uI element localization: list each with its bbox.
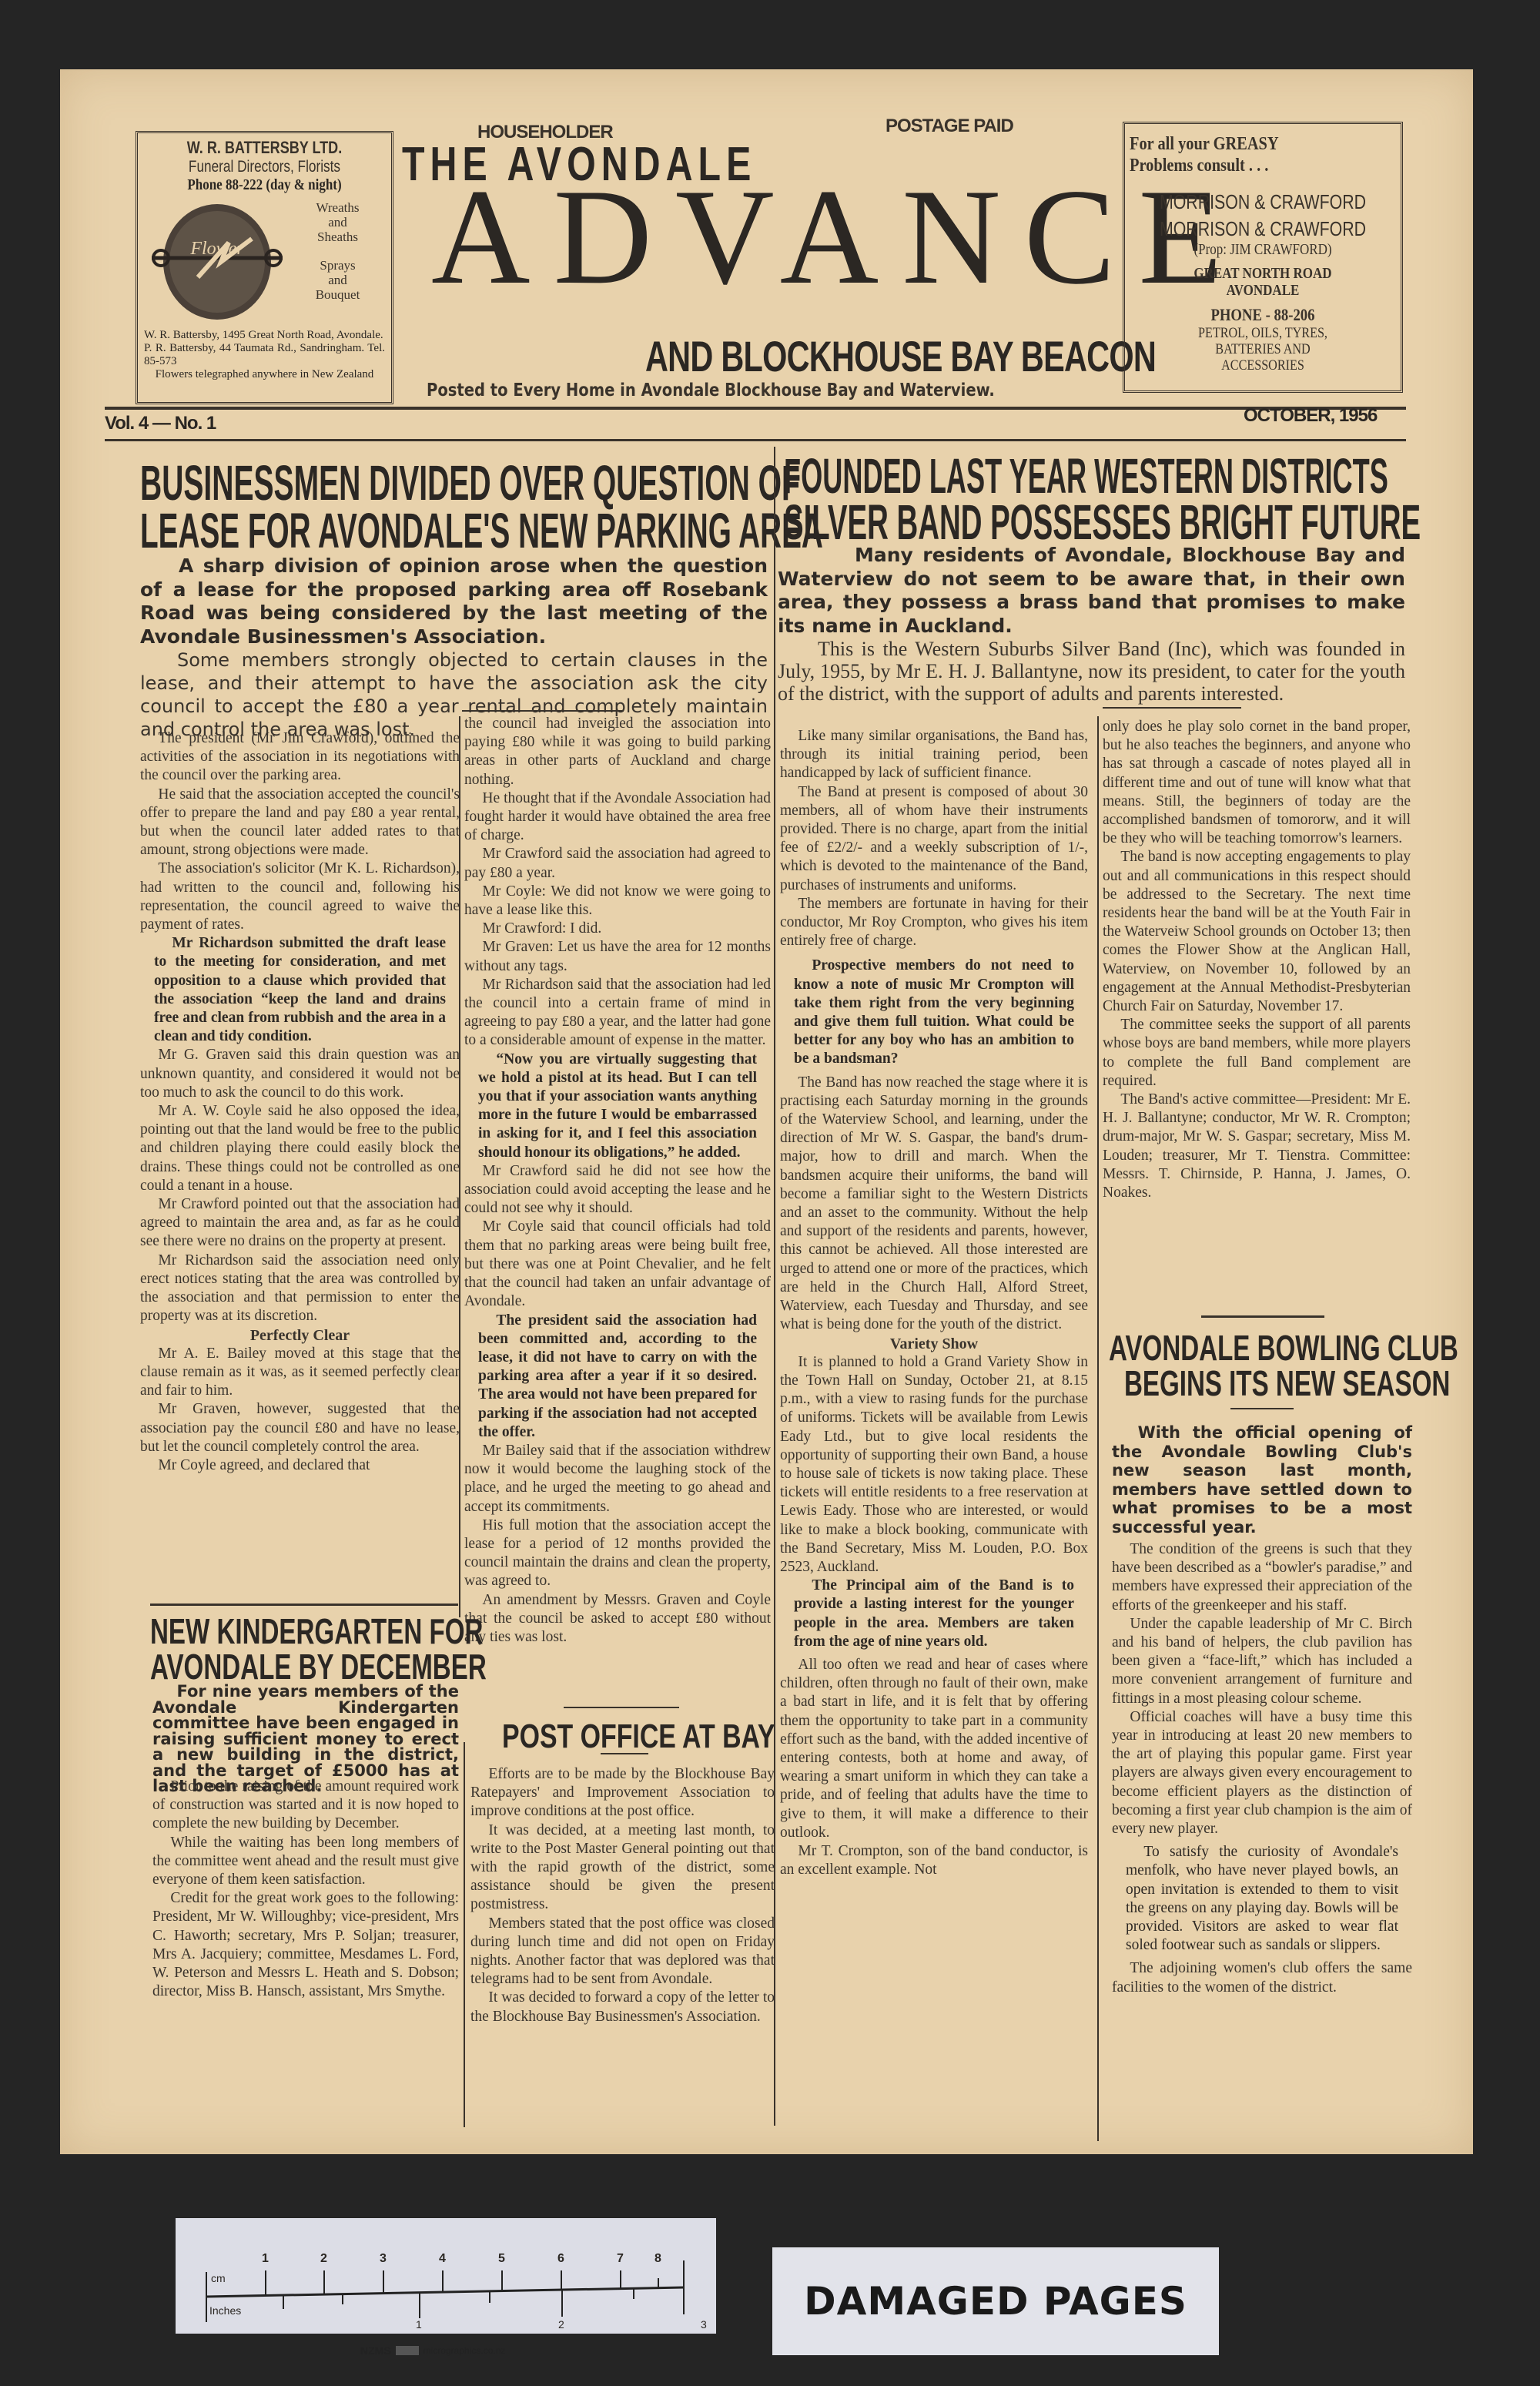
kindergarten-body: Prior to the raising of the amount requi…: [152, 1778, 459, 2001]
ad-item: Wreaths: [290, 200, 385, 215]
parking-column-2: the council had inveigled the associatio…: [464, 715, 771, 1647]
short-rule: [462, 710, 624, 712]
subheading: Variety Show: [780, 1335, 1088, 1353]
paragraph: The condition of the greens is such that…: [1112, 1540, 1412, 1615]
issue-date: OCTOBER, 1956: [1244, 405, 1377, 427]
paragraph: Mr Richardson said the association need …: [140, 1252, 460, 1326]
paragraph: the council had inveigled the associatio…: [464, 715, 771, 789]
ruler-inch-label: Inches: [209, 2304, 241, 2317]
paragraph: The band is now accepting engagements to…: [1103, 848, 1411, 1016]
paragraph: The committee seeks the support of all p…: [1103, 1016, 1411, 1091]
ruler-tick-label: 2: [558, 2318, 564, 2331]
paragraph: Like many similar organisations, the Ban…: [780, 727, 1088, 783]
short-rule: [1103, 707, 1241, 709]
damaged-pages-label: DAMAGED PAGES: [772, 2247, 1219, 2355]
morrison-crawford-advertisement: For all your GREASY Problems consult . .…: [1123, 122, 1403, 393]
column-divider: [464, 1742, 465, 2127]
paragraph: Mr Coyle: We did not know we were going …: [464, 883, 771, 920]
band-column-2: only does he play solo cornet in the ban…: [1103, 718, 1411, 1202]
brand-site: micrographics.co.nz: [423, 2345, 506, 2356]
paragraph: He thought that if the Avondale Associat…: [464, 789, 771, 846]
paragraph: It is planned to hold a Grand Variety Sh…: [780, 1353, 1088, 1577]
ad-goods: ACCESSORIES: [1150, 357, 1376, 374]
ad-company-name: W. R. BATTERSBY LTD.: [166, 138, 363, 158]
battersby-advertisement: W. R. BATTERSBY LTD. Funeral Directors, …: [136, 131, 393, 404]
band-dek: Many residents of Avondale, Blockhouse B…: [778, 544, 1405, 638]
band-headline-2: SILVER BAND POSSESSES BRIGHT FUTURE: [784, 497, 1421, 548]
paragraph: The president (Mr Jim Crawford), outline…: [140, 729, 460, 786]
bowling-headline-2: BEGINS ITS NEW SEASON: [1124, 1365, 1450, 1402]
kindergarten-headline-2: AVONDALE BY DECEMBER: [150, 1648, 487, 1685]
volume-number: Vol. 4 — No. 1: [105, 413, 216, 434]
section-rule: [150, 1604, 458, 1606]
ad-goods: PETROL, OILS, TYRES,: [1150, 325, 1376, 341]
short-rule: [1201, 1315, 1324, 1318]
ad-phone: PHONE - 88-206: [1150, 305, 1376, 325]
ad-intro-2: Problems consult . . .: [1130, 155, 1356, 176]
ruler-tick-label: 2: [320, 2252, 327, 2266]
interflora-globe-icon: Flower: [144, 200, 290, 327]
paragraph: Mr Richardson said that the association …: [464, 976, 771, 1051]
column-divider: [774, 447, 775, 2126]
ad-item: Bouquet: [290, 287, 385, 302]
ad-business-name: MORRISON & CRAWFORD: [1153, 190, 1372, 214]
paragraph: Mr G. Graven said this drain question wa…: [140, 1046, 460, 1102]
ad-phone: Phone 88-222 (day & night): [162, 176, 367, 194]
postage-paid-label: POSTAGE PAID: [885, 116, 1013, 137]
ad-services: Funeral Directors, Florists: [166, 158, 363, 176]
paragraph: Mr A. W. Coyle said he also opposed the …: [140, 1102, 460, 1195]
ruler-scale-icon: [176, 2218, 716, 2334]
paragraph: Mr A. E. Bailey moved at this stage that…: [140, 1345, 460, 1401]
masthead-rule: [105, 407, 1406, 410]
bold-paragraph: Prospective members do not need to know …: [780, 957, 1088, 1068]
ruler-tick-label: 3: [701, 2318, 707, 2331]
paragraph: Mr Crawford: I did.: [464, 920, 771, 938]
band-column-1: Like many similar organisations, the Ban…: [780, 727, 1088, 1879]
ruler-tick-label: 7: [617, 2252, 624, 2266]
ad-address-2: P. R. Battersby, 44 Taumata Rd., Sandrin…: [144, 342, 385, 368]
parking-column-1: The president (Mr Jim Crawford), outline…: [140, 729, 460, 1475]
paragraph: The members are fortunate in having for …: [780, 895, 1088, 951]
kindergarten-headline-1: NEW KINDERGARTEN FOR: [150, 1613, 483, 1650]
band-lead: This is the Western Suburbs Silver Band …: [778, 638, 1405, 705]
masthead-subtitle: AND BLOCKHOUSE BAY BEACON: [645, 331, 1156, 381]
ruler-brand: NZMS micrographics.co.nz: [360, 2344, 505, 2357]
masthead-tagline: Posted to Every Home in Avondale Blockho…: [427, 380, 995, 400]
paragraph: The Band at present is composed of about…: [780, 783, 1088, 895]
column-divider: [1097, 716, 1099, 2141]
ad-proprietor: (Prop: JIM CRAWFORD): [1150, 241, 1376, 259]
post-office-headline: POST OFFICE AT BAY: [502, 1719, 775, 1754]
ruler-cm-label: cm: [211, 2272, 226, 2284]
brand-logo-icon: [396, 2346, 419, 2355]
ad-item: and: [290, 273, 385, 287]
paragraph: Members stated that the post office was …: [470, 1915, 775, 1989]
paragraph: Under the capable leadership of Mr C. Bi…: [1112, 1615, 1412, 1708]
ad-footer: Flowers telegraphed anywhere in New Zeal…: [144, 368, 385, 381]
ruler-tick-label: 4: [439, 2252, 446, 2266]
paragraph: Mr Coyle said that council officials had…: [464, 1218, 771, 1311]
ruler-tick-label: 6: [557, 2252, 564, 2266]
parking-dek: A sharp division of opinion arose when t…: [140, 555, 768, 648]
paragraph: Official coaches will have a busy time t…: [1112, 1708, 1412, 1838]
bold-paragraph: The president said the association had b…: [464, 1312, 771, 1442]
ruler-tick-label: 1: [416, 2318, 422, 2331]
post-office-body: Efforts are to be made by the Blockhouse…: [470, 1765, 775, 2026]
paragraph: He said that the association accepted th…: [140, 786, 460, 860]
ad-item: and: [290, 215, 385, 230]
paragraph: The Band's active committee—President: M…: [1103, 1091, 1411, 1202]
bowling-dek: With the official opening of the Avondal…: [1112, 1423, 1412, 1536]
paragraph: It was decided, at a meeting last month,…: [470, 1821, 775, 1915]
parking-headline-1: BUSINESSMEN DIVIDED OVER QUESTION OF: [140, 457, 800, 509]
bold-paragraph: To satisfy the curiosity of Avondale's m…: [1112, 1843, 1412, 1955]
short-rule: [1230, 1408, 1294, 1409]
paragraph: It was decided to forward a copy of the …: [470, 1989, 775, 2026]
paragraph: The adjoining women's club offers the sa…: [1112, 1959, 1412, 1996]
ruler-tick-label: 8: [654, 2252, 661, 2266]
paragraph: Mr Crawford said he did not see how the …: [464, 1162, 771, 1218]
paragraph: The association's solicitor (Mr K. L. Ri…: [140, 860, 460, 934]
bowling-headline-1: AVONDALE BOWLING CLUB: [1109, 1329, 1458, 1366]
paragraph: An amendment by Messrs. Graven and Coyle…: [464, 1591, 771, 1647]
paragraph: Mr Graven: Let us have the area for 12 m…: [464, 938, 771, 975]
ad-address-1: W. R. Battersby, 1495 Great North Road, …: [144, 329, 385, 342]
paragraph: Prior to the raising of the amount requi…: [152, 1778, 459, 1834]
paragraph: Mr Crawford said the association had agr…: [464, 845, 771, 882]
ad-address: GREAT NORTH ROAD: [1150, 265, 1376, 282]
ruler-tick-label: 5: [498, 2252, 505, 2266]
paragraph: Mr Crawford pointed out that the associa…: [140, 1195, 460, 1252]
ad-intro-1: For all your GREASY: [1130, 133, 1356, 155]
dateline-rule: [105, 439, 1406, 441]
paragraph: Credit for the great work goes to the fo…: [152, 1889, 459, 2001]
bold-paragraph: The Principal aim of the Band is to prov…: [780, 1577, 1088, 1651]
brand-name: NZMS: [360, 2344, 391, 2357]
short-rule: [601, 1753, 648, 1754]
paragraph: only does he play solo cornet in the ban…: [1103, 718, 1411, 848]
ad-address: AVONDALE: [1150, 282, 1376, 299]
paragraph: Mr Graven, however, suggested that the a…: [140, 1400, 460, 1456]
bold-paragraph: “Now you are virtually suggesting that w…: [464, 1051, 771, 1162]
paragraph: His full motion that the association acc…: [464, 1516, 771, 1591]
subheading: Perfectly Clear: [140, 1326, 460, 1345]
paragraph: All too often we read and hear of cases …: [780, 1656, 1088, 1842]
ruler-tick-label: 1: [262, 2252, 269, 2266]
column-divider: [459, 716, 460, 1617]
paragraph: Mr Bailey said that if the association w…: [464, 1442, 771, 1516]
paragraph: While the waiting has been long members …: [152, 1834, 459, 1890]
svg-text:Flower: Flower: [189, 239, 244, 259]
ad-item: Sprays: [290, 258, 385, 273]
bold-paragraph: Mr Richardson submitted the draft lease …: [140, 934, 460, 1046]
ad-business-name: MORRISON & CRAWFORD: [1153, 217, 1372, 241]
parking-headline-2: LEASE FOR AVONDALE'S NEW PARKING AREA: [140, 505, 823, 557]
paragraph: Mr T. Crompton, son of the band conducto…: [780, 1842, 1088, 1879]
ad-item: Sheaths: [290, 230, 385, 244]
bowling-body: The condition of the greens is such that…: [1112, 1540, 1412, 1997]
paragraph: The Band has now reached the stage where…: [780, 1074, 1088, 1335]
measurement-ruler: cm Inches 1 2 3 4 5 6 7 8 1 2 3: [176, 2218, 716, 2334]
paragraph: Mr Coyle agreed, and declared that: [140, 1456, 460, 1475]
short-rule: [564, 1707, 679, 1708]
ruler-tick-label: 3: [380, 2252, 387, 2266]
ad-goods: BATTERIES AND: [1150, 341, 1376, 357]
paragraph: Efforts are to be made by the Blockhouse…: [470, 1765, 775, 1821]
